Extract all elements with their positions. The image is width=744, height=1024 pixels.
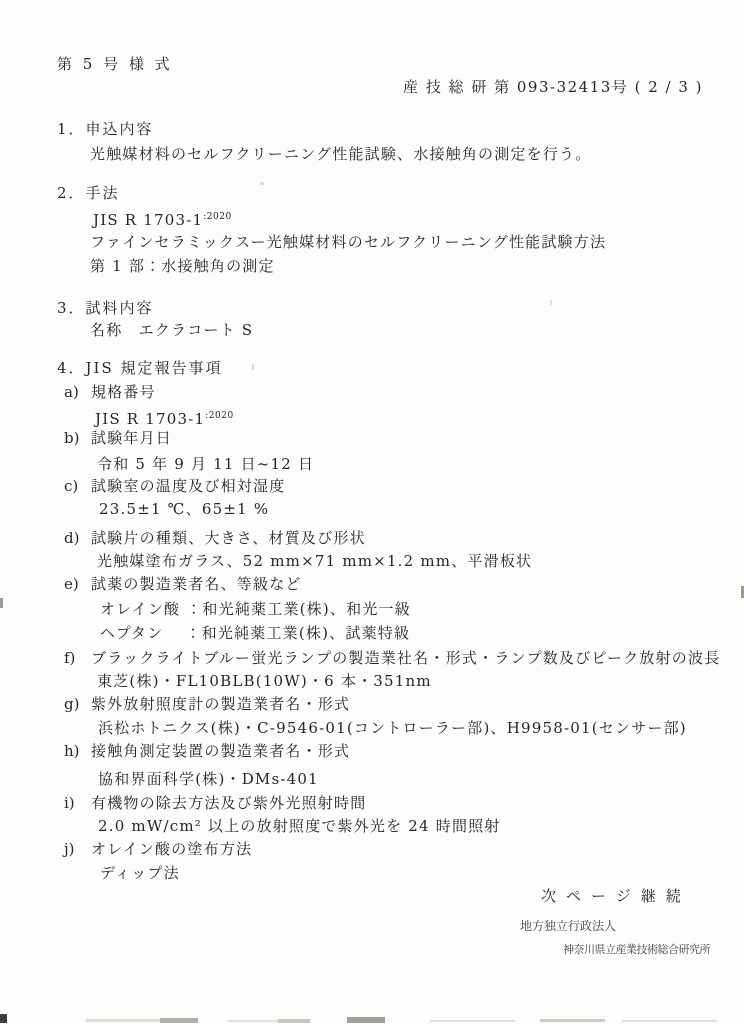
organization-name: 神奈川県立産業技術総合研究所 <box>563 941 710 958</box>
item-d-label: d)試験片の種類、大きさ、材質及び形状 <box>64 530 366 547</box>
scan-bottom-line <box>540 1019 605 1022</box>
item-h-key: h) <box>64 743 91 760</box>
item-c-value: 23.5±1 ℃、65±1 % <box>99 501 269 518</box>
item-b-key: b) <box>64 430 91 447</box>
scan-bottom-line <box>622 1020 717 1022</box>
item-i-label-text: 有機物の除去方法及び紫外光照射時間 <box>91 794 366 812</box>
form-number: 第 5 号 様 式 <box>57 56 173 73</box>
section-3-title: 3．試料内容 <box>57 300 154 317</box>
scan-bottom-mark <box>0 1014 7 1023</box>
item-a-value-base: JIS R 1703-1 <box>95 410 205 428</box>
method-standard-base: JIS R 1703-1 <box>93 211 203 229</box>
scan-speck <box>550 300 552 305</box>
item-b-value: 令和 5 年 9 月 11 日~12 日 <box>97 456 314 473</box>
item-f-value: 東芝(株)・FL10BLB(10W)・6 本・351nm <box>97 673 432 690</box>
item-e-label: e)試薬の製造業者名、等級など <box>64 576 302 593</box>
item-g-key: g) <box>64 696 91 713</box>
scan-edge-mark <box>0 598 3 608</box>
item-i-value: 2.0 mW/cm² 以上の放射照度で紫外光を 24 時間照射 <box>98 818 501 835</box>
section-1-title: 1．申込内容 <box>57 121 154 138</box>
document-number: 産 技 総 研 第 093-32413号 ( 2 / 3 ) <box>403 79 703 96</box>
item-f-label: f)ブラックライトブルー蛍光ランプの製造業社名・形式・ランプ数及びピーク放射の波… <box>64 650 720 667</box>
section-1-body: 光触媒材料のセルフクリーニング性能試験、水接触角の測定を行う。 <box>90 146 591 163</box>
scan-bottom-line <box>86 1019 166 1022</box>
item-g-value: 浜松ホトニクス(株)・C-9546-01(コントローラー部)、H9958-01(… <box>98 720 687 737</box>
item-f-label-text: ブラックライトブルー蛍光ランプの製造業社名・形式・ランプ数及びピーク放射の波長 <box>91 649 720 667</box>
item-d-value: 光触媒塗布ガラス、52 mm×71 mm×1.2 mm、平滑板状 <box>97 553 532 570</box>
item-j-label: j)オレイン酸の塗布方法 <box>64 841 252 858</box>
section-4-title: 4．JIS 規定報告事項 <box>57 360 223 377</box>
item-a-label-text: 規格番号 <box>91 383 156 401</box>
item-j-key: j) <box>64 841 91 858</box>
item-i-key: i) <box>64 795 91 812</box>
scan-bottom-line <box>160 1018 198 1023</box>
scan-speck <box>260 182 264 185</box>
item-f-key: f) <box>64 650 91 667</box>
item-a-value: JIS R 1703-1:2020 <box>95 408 234 428</box>
item-e-value-1: オレイン酸 ：和光純薬工業(株)、和光一級 <box>100 601 411 618</box>
item-e-label-text: 試薬の製造業者名、等級など <box>91 575 302 593</box>
item-a-key: a) <box>64 384 91 401</box>
scan-bottom-line <box>228 1020 280 1022</box>
scan-bottom-line <box>430 1020 515 1022</box>
item-a-value-year: :2020 <box>205 411 233 421</box>
item-b-label: b)試験年月日 <box>64 430 172 447</box>
item-b-label-text: 試験年月日 <box>91 429 172 447</box>
next-page-note: 次ページ継続 <box>541 888 691 905</box>
method-part: 第 1 部：水接触角の測定 <box>90 258 275 275</box>
item-c-key: c) <box>64 478 91 495</box>
scanned-document-page: 第 5 号 様 式 産 技 総 研 第 093-32413号 ( 2 / 3 )… <box>0 0 744 1024</box>
method-name: ファインセラミックスー光触媒材料のセルフクリーニング性能試験方法 <box>90 234 606 251</box>
scan-bottom-line <box>347 1017 385 1023</box>
item-d-key: d) <box>64 530 91 547</box>
item-i-label: i)有機物の除去方法及び紫外光照射時間 <box>64 795 366 812</box>
item-a-label: a)規格番号 <box>64 384 156 401</box>
item-j-value: ディップ法 <box>100 865 180 882</box>
item-j-label-text: オレイン酸の塗布方法 <box>91 840 252 858</box>
item-h-value: 協和界面科学(株)・DMs-401 <box>98 771 319 788</box>
sample-name: 名称 エクラコート S <box>90 322 253 339</box>
item-e-value-2: ヘプタン ：和光純薬工業(株)、試薬特級 <box>100 625 410 642</box>
item-h-label: h)接触角測定装置の製造業者名・形式 <box>64 743 350 760</box>
item-g-label-text: 紫外放射照度計の製造業者名・形式 <box>91 695 350 713</box>
item-c-label-text: 試験室の温度及び相対湿度 <box>91 477 285 495</box>
scan-speck <box>252 364 254 370</box>
item-g-label: g)紫外放射照度計の製造業者名・形式 <box>64 696 350 713</box>
method-standard-year: :2020 <box>203 212 231 222</box>
item-h-label-text: 接触角測定装置の製造業者名・形式 <box>91 742 350 760</box>
method-standard: JIS R 1703-1:2020 <box>93 209 232 229</box>
scan-bottom-line <box>278 1019 310 1023</box>
organization-type: 地方独立行政法人 <box>520 918 616 935</box>
item-d-label-text: 試験片の種類、大きさ、材質及び形状 <box>91 529 366 547</box>
item-e-key: e) <box>64 576 91 593</box>
section-2-title: 2．手法 <box>57 185 120 202</box>
item-c-label: c)試験室の温度及び相対湿度 <box>64 478 285 495</box>
